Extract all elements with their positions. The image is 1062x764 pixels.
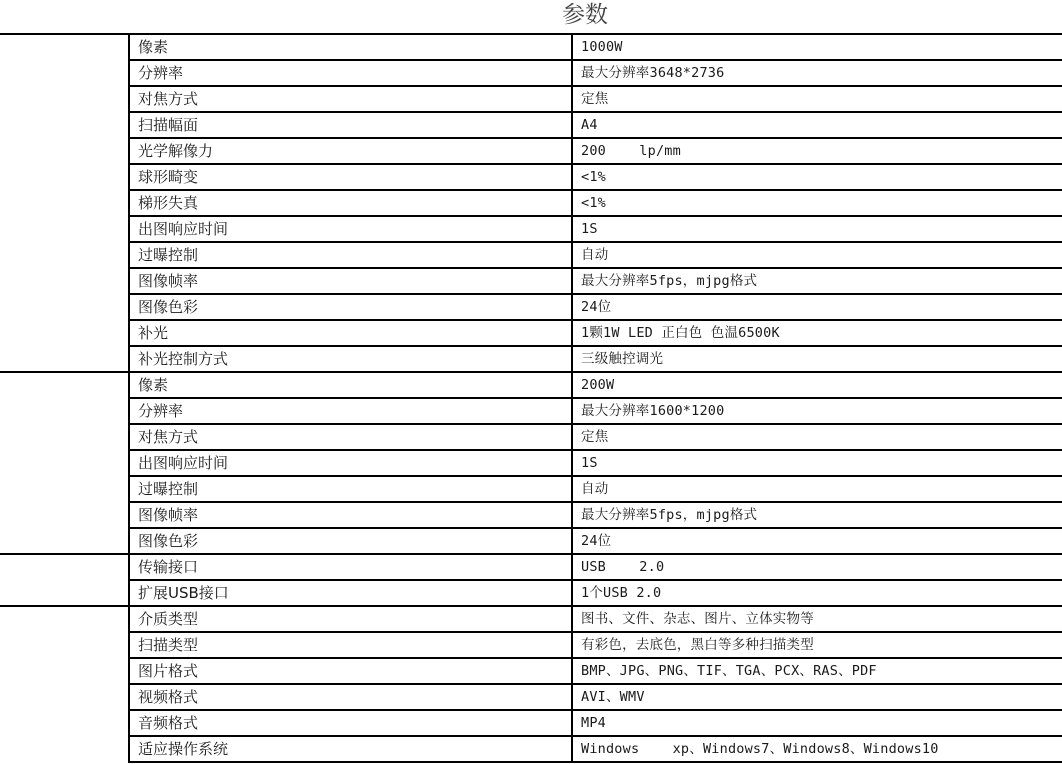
param-name: 图像帧率	[129, 268, 572, 294]
param-name: 介质类型	[129, 606, 572, 632]
table-row: 补光控制方式三级触控调光	[0, 346, 1062, 372]
table-row: 过曝控制自动	[0, 476, 1062, 502]
param-name: 适应操作系统	[129, 736, 572, 762]
spec-table: 像素1000W分辨率最大分辨率3648*2736对焦方式定焦扫描幅面A4光学解像…	[0, 33, 1062, 763]
table-row: 扫描类型有彩色，去底色，黑白等多种扫描类型	[0, 632, 1062, 658]
param-name: 视频格式	[129, 684, 572, 710]
table-row: 像素1000W	[0, 34, 1062, 60]
param-value: 三级触控调光	[572, 346, 1062, 372]
table-row: 梯形失真<1%	[0, 190, 1062, 216]
param-value: 定焦	[572, 424, 1062, 450]
param-value: 自动	[572, 476, 1062, 502]
param-value: 定焦	[572, 86, 1062, 112]
param-name: 分辨率	[129, 398, 572, 424]
table-row: 光学解像力200 lp/mm	[0, 138, 1062, 164]
table-row: 扫描幅面A4	[0, 112, 1062, 138]
param-name: 补光控制方式	[129, 346, 572, 372]
table-row: 对焦方式定焦	[0, 424, 1062, 450]
param-name: 扫描类型	[129, 632, 572, 658]
param-value: 最大分辨率1600*1200	[572, 398, 1062, 424]
param-name: 分辨率	[129, 60, 572, 86]
table-row: 球形畸变<1%	[0, 164, 1062, 190]
param-name: 像素	[129, 372, 572, 398]
param-name: 图像色彩	[129, 528, 572, 554]
param-value: 图书、文件、杂志、图片、立体实物等	[572, 606, 1062, 632]
param-value: 24位	[572, 294, 1062, 320]
param-value: 最大分辨率5fps，mjpg格式	[572, 268, 1062, 294]
param-value: <1%	[572, 190, 1062, 216]
param-value: USB 2.0	[572, 554, 1062, 580]
param-name: 传输接口	[129, 554, 572, 580]
param-value: BMP、JPG、PNG、TIF、TGA、PCX、RAS、PDF	[572, 658, 1062, 684]
page-title: 参数	[0, 0, 1062, 33]
param-value: Windows xp、Windows7、Windows8、Windows10	[572, 736, 1062, 762]
param-name: 光学解像力	[129, 138, 572, 164]
param-name: 过曝控制	[129, 242, 572, 268]
param-name: 图像色彩	[129, 294, 572, 320]
param-name: 图像帧率	[129, 502, 572, 528]
param-name: 出图响应时间	[129, 450, 572, 476]
param-value: 1个USB 2.0	[572, 580, 1062, 606]
param-name: 音频格式	[129, 710, 572, 736]
param-value: A4	[572, 112, 1062, 138]
param-name: 出图响应时间	[129, 216, 572, 242]
param-value: 最大分辨率3648*2736	[572, 60, 1062, 86]
group-label-cell	[0, 606, 129, 762]
table-row: 图像帧率最大分辨率5fps，mjpg格式	[0, 502, 1062, 528]
table-row: 出图响应时间1S	[0, 216, 1062, 242]
param-name: 对焦方式	[129, 86, 572, 112]
spec-table-body: 像素1000W分辨率最大分辨率3648*2736对焦方式定焦扫描幅面A4光学解像…	[0, 34, 1062, 762]
table-row: 图像帧率最大分辨率5fps，mjpg格式	[0, 268, 1062, 294]
param-name: 图片格式	[129, 658, 572, 684]
param-value: AVI、WMV	[572, 684, 1062, 710]
table-row: 音频格式MP4	[0, 710, 1062, 736]
param-name: 像素	[129, 34, 572, 60]
table-row: 出图响应时间1S	[0, 450, 1062, 476]
param-value: 1S	[572, 450, 1062, 476]
param-value: 1颗1W LED 正白色 色温6500K	[572, 320, 1062, 346]
param-value: 有彩色，去底色，黑白等多种扫描类型	[572, 632, 1062, 658]
param-value: <1%	[572, 164, 1062, 190]
param-value: MP4	[572, 710, 1062, 736]
table-row: 传输接口USB 2.0	[0, 554, 1062, 580]
param-name: 补光	[129, 320, 572, 346]
table-row: 分辨率最大分辨率1600*1200	[0, 398, 1062, 424]
param-value: 1000W	[572, 34, 1062, 60]
table-row: 适应操作系统Windows xp、Windows7、Windows8、Windo…	[0, 736, 1062, 762]
param-value: 200W	[572, 372, 1062, 398]
param-name: 过曝控制	[129, 476, 572, 502]
table-row: 图像色彩24位	[0, 528, 1062, 554]
table-row: 补光1颗1W LED 正白色 色温6500K	[0, 320, 1062, 346]
table-row: 过曝控制自动	[0, 242, 1062, 268]
param-name: 球形畸变	[129, 164, 572, 190]
table-row: 分辨率最大分辨率3648*2736	[0, 60, 1062, 86]
param-value: 24位	[572, 528, 1062, 554]
table-row: 扩展USB接口1个USB 2.0	[0, 580, 1062, 606]
param-name: 梯形失真	[129, 190, 572, 216]
param-value: 自动	[572, 242, 1062, 268]
param-name: 扩展USB接口	[129, 580, 572, 606]
table-row: 像素200W	[0, 372, 1062, 398]
param-name: 对焦方式	[129, 424, 572, 450]
param-value: 最大分辨率5fps，mjpg格式	[572, 502, 1062, 528]
param-value: 1S	[572, 216, 1062, 242]
group-label-cell	[0, 372, 129, 554]
table-row: 图片格式BMP、JPG、PNG、TIF、TGA、PCX、RAS、PDF	[0, 658, 1062, 684]
table-row: 介质类型图书、文件、杂志、图片、立体实物等	[0, 606, 1062, 632]
group-label-cell	[0, 554, 129, 606]
param-name: 扫描幅面	[129, 112, 572, 138]
param-value: 200 lp/mm	[572, 138, 1062, 164]
group-label-cell	[0, 34, 129, 372]
table-row: 图像色彩24位	[0, 294, 1062, 320]
table-row: 对焦方式定焦	[0, 86, 1062, 112]
table-row: 视频格式AVI、WMV	[0, 684, 1062, 710]
